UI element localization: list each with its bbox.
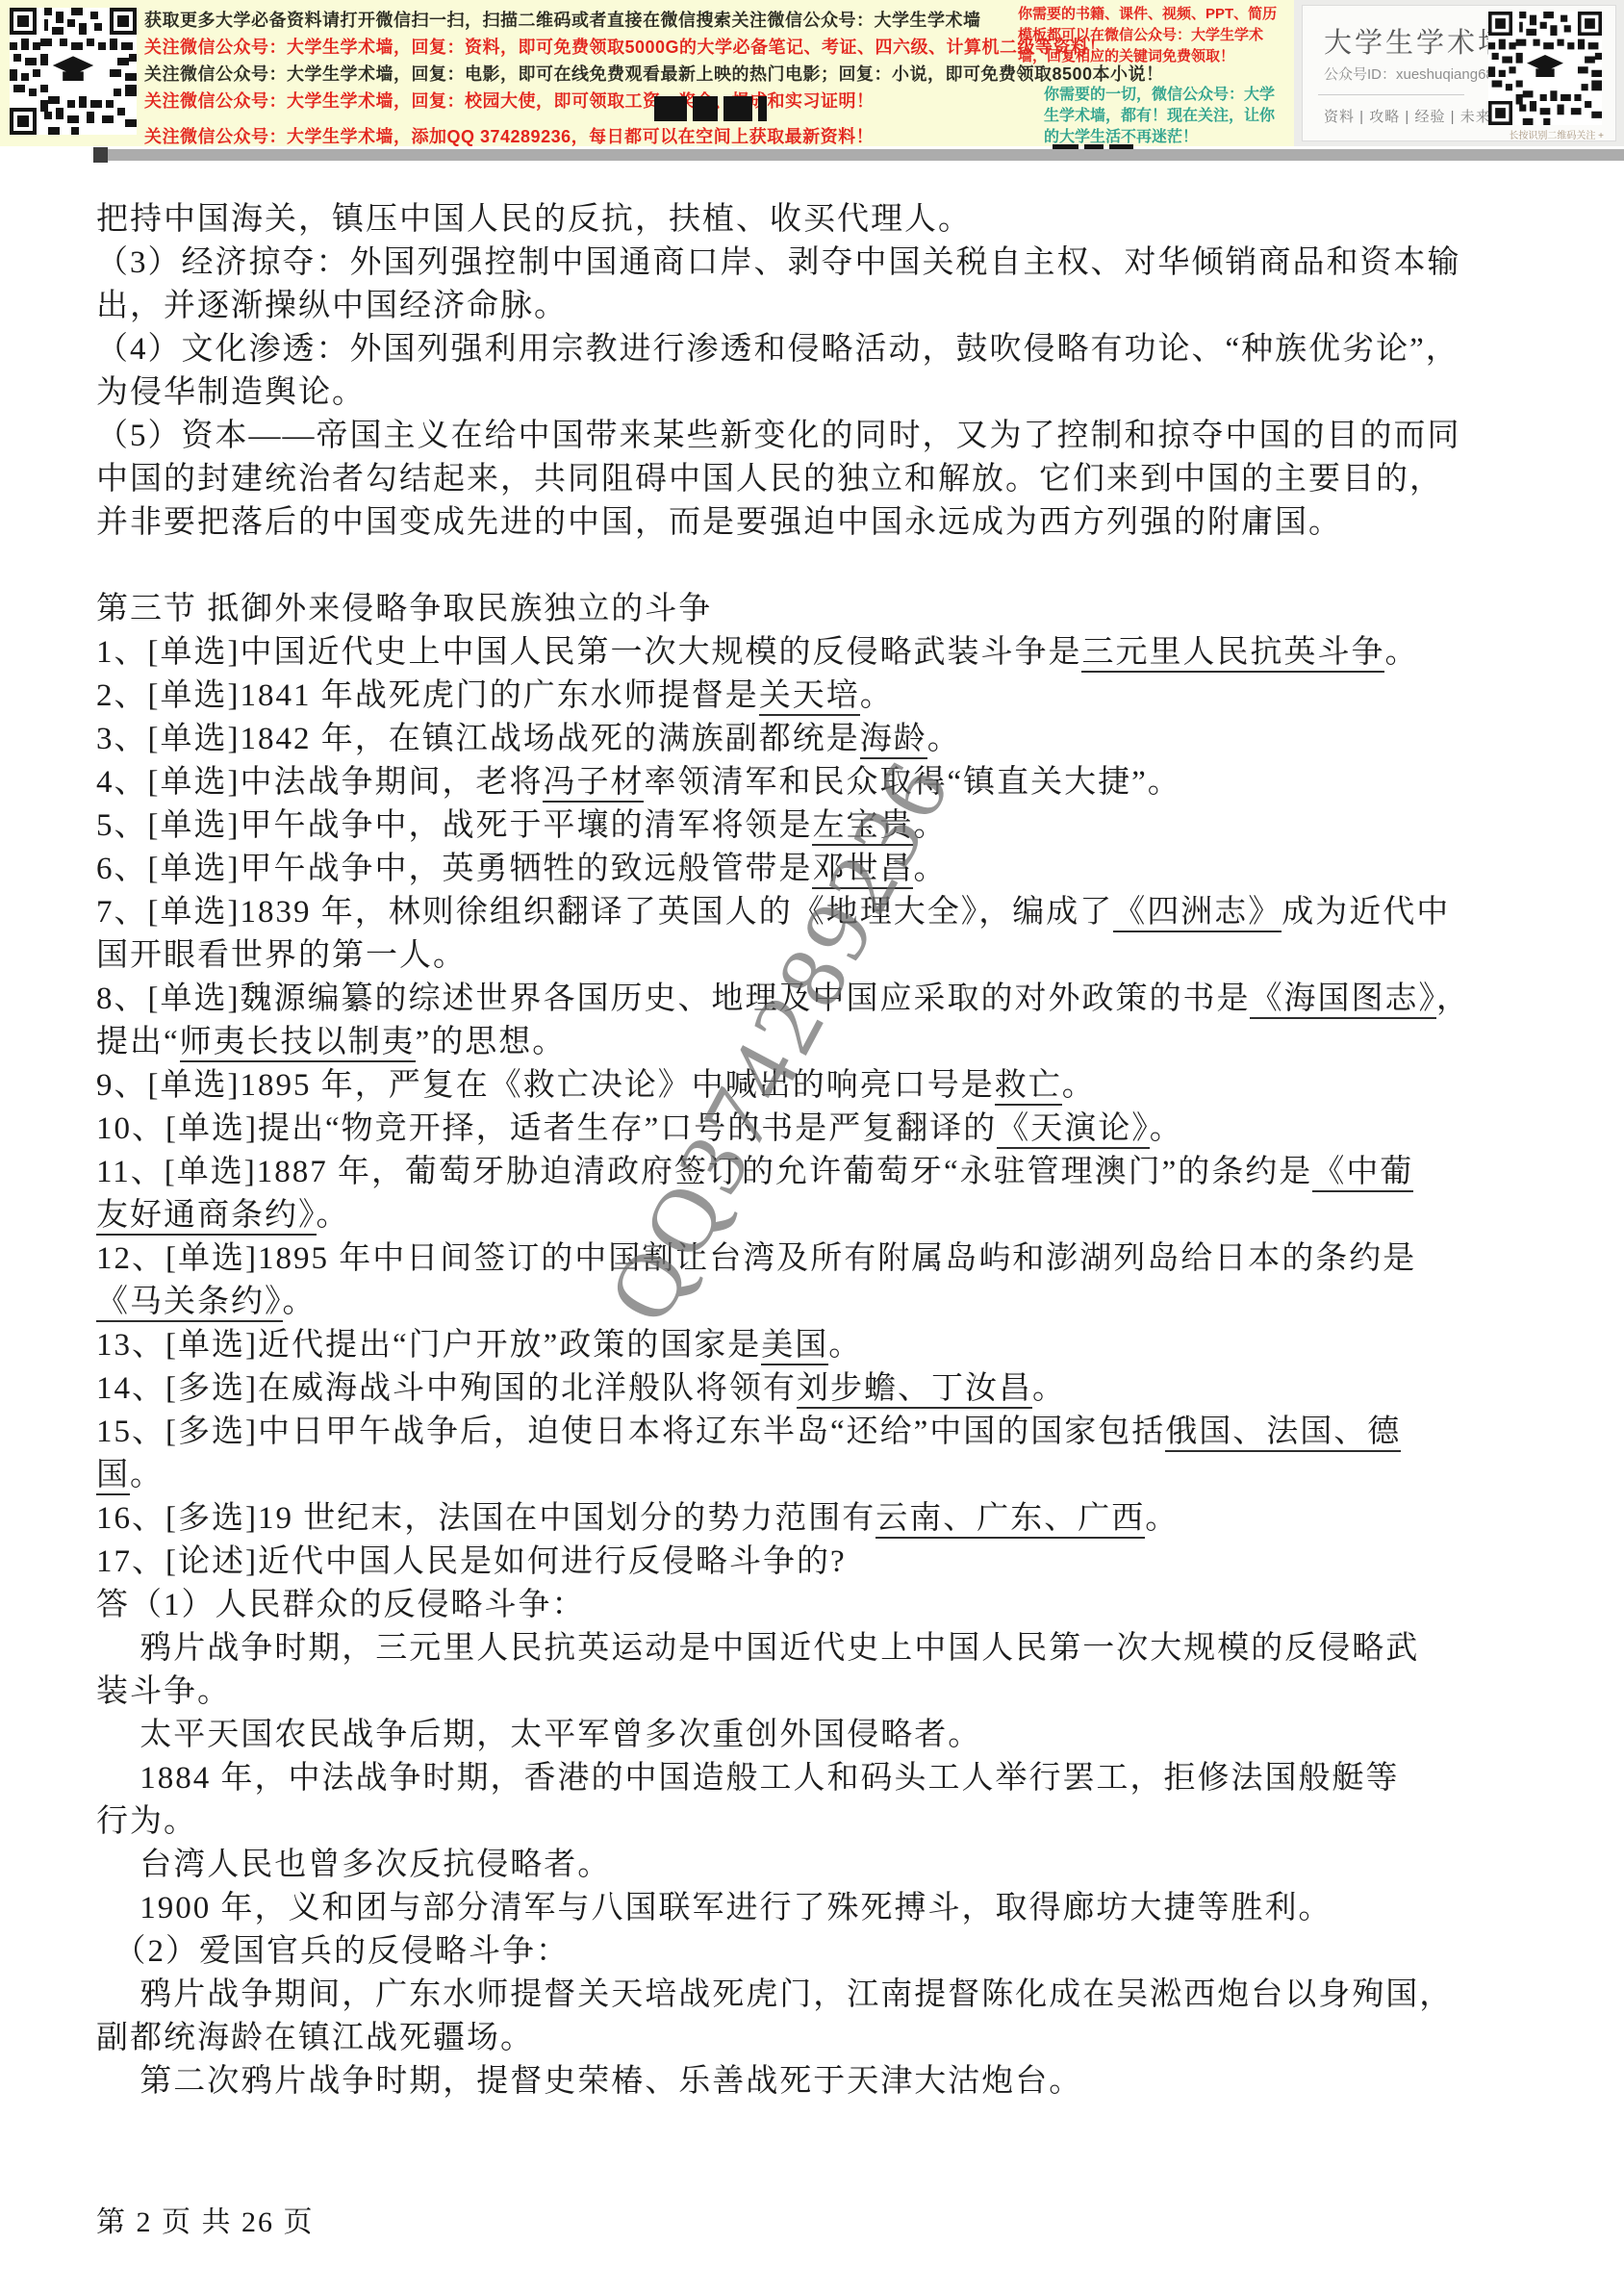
doc-text: 。 <box>913 852 947 886</box>
doc-text: 5、[单选]甲午战争中，战死于平壤的清军将领是 <box>96 808 812 843</box>
doc-text: ”的思想。 <box>416 1025 567 1059</box>
doc-text: 8、[单选]魏源编纂的综述世界各国历史、地理及中国应采取的对外政策的书是 <box>96 982 1250 1016</box>
wechat-qr-code-icon <box>10 8 137 135</box>
doc-line: 行为。 <box>96 1800 1539 1844</box>
doc-line: 2、[单选]1841 年战死虎门的广东水师提督是关天培。 <box>96 675 1539 718</box>
doc-text: 14、[多选]在威海战斗中殉国的北洋般队将领有 <box>96 1371 797 1406</box>
doc-text: 1、[单选]中国近代史上中国人民第一次大规模的反侵略武装斗争是 <box>96 635 1081 670</box>
banner-line: 关注微信公众号：大学生学术墙，回复：资料，即可免费领取5000G的大学必备笔记、… <box>144 34 1053 61</box>
doc-line: 9、[单选]1895 年，严复在《救亡决论》中喊出的响亮口号是救亡。 <box>96 1064 1539 1108</box>
banner-line: 关注微信公众号：大学生学术墙，回复：电影，即可在线免费观看最新上映的热门电影；回… <box>144 61 1053 88</box>
underlined-answer: 《马关条约》 <box>96 1285 283 1322</box>
doc-text: 。 <box>317 1198 350 1233</box>
doc-line: 14、[多选]在威海战斗中殉国的北洋般队将领有刘步蟾、丁汝昌。 <box>96 1367 1539 1411</box>
doc-line: 台湾人民也曾多次反抗侵略者。 <box>96 1844 1539 1887</box>
doc-text: 7、[单选]1839 年，林则徐组织翻译了英国人的《地理大全》，编成了 <box>96 895 1113 930</box>
doc-text: 。 <box>1384 635 1418 670</box>
doc-text: 鸦片战争时期，三元里人民抗英运动是中国近代史上中国人民第一次大规模的反侵略武 <box>96 1631 1419 1666</box>
doc-text: 4、[单选]中法战争期间，老将 <box>96 765 543 800</box>
doc-line: 并非要把落后的中国变成先进的中国，而是要强迫中国永远成为西方列强的附庸国。 <box>96 501 1539 545</box>
doc-text: 2、[单选]1841 年战死虎门的广东水师提督是 <box>96 678 759 713</box>
doc-text: 17、[论述]近代中国人民是如何进行反侵略斗争的? <box>96 1544 847 1579</box>
doc-line: 15、[多选]中日甲午战争后，迫使日本将辽东半岛“还给”中国的国家包括俄国、法国… <box>96 1411 1539 1454</box>
doc-line: 8、[单选]魏源编纂的综述世界各国历史、地理及中国应采取的对外政策的书是《海国图… <box>96 978 1539 1021</box>
underlined-answer: 刘步蟾、丁汝昌 <box>797 1371 1032 1409</box>
card-account-id: 公众号ID：xueshuqiang6888 <box>1324 64 1510 84</box>
doc-line: 第三节 抵御外来侵略争取民族独立的斗争 <box>96 588 1539 631</box>
doc-text: 。 <box>283 1285 317 1319</box>
doc-line: 17、[论述]近代中国人民是如何进行反侵略斗争的? <box>96 1541 1539 1584</box>
doc-text: 1884 年，中法战争时期，香港的中国造般工人和码头工人举行罢工，拒修法国般艇等 <box>96 1761 1400 1796</box>
doc-text: 15、[多选]中日甲午战争后，迫使日本将辽东半岛“还给”中国的国家包括 <box>96 1415 1165 1449</box>
doc-line: 中国的封建统治者勾结起来，共同阻碍中国人民的独立和解放。它们来到中国的主要目的， <box>96 458 1539 501</box>
doc-line: 把持中国海关，镇压中国人民的反抗，扶植、收买代理人。 <box>96 198 1539 242</box>
doc-line: 装斗争。 <box>96 1670 1539 1714</box>
doc-line: 答（1）人民群众的反侵略斗争： <box>96 1584 1539 1627</box>
doc-line: 太平天国农民战争后期，太平军曾多次重创外国侵略者。 <box>96 1714 1539 1757</box>
account-card: 大学生学术墙 公众号ID：xueshuqiang6888 资料 | 攻略 | 经… <box>1302 5 1616 141</box>
underlined-answer: 美国 <box>761 1328 828 1365</box>
doc-text: 13、[单选]近代提出“门户开放”政策的国家是 <box>96 1328 761 1363</box>
doc-text: 16、[多选]19 世纪末，法国在中国划分的势力范围有 <box>96 1501 875 1536</box>
doc-text: （5）资本——帝国主义在给中国带来某些新变化的同时，又为了控制和掠夺中国的目的而… <box>96 419 1461 453</box>
doc-text: 第二次鸦片战争时期，提督史荣椿、乐善战死于天津大沽炮台。 <box>96 2064 1082 2099</box>
doc-line: 16、[多选]19 世纪末，法国在中国划分的势力范围有云南、广东、广西。 <box>96 1497 1539 1541</box>
doc-text: 。 <box>860 678 894 713</box>
card-divider <box>1318 94 1464 95</box>
doc-line: 国。 <box>96 1454 1539 1497</box>
doc-line: 5、[单选]甲午战争中，战死于平壤的清军将领是左宝贵。 <box>96 804 1539 848</box>
doc-text: 为侵华制造舆论。 <box>96 375 366 410</box>
doc-text: 成为近代中 <box>1281 895 1450 930</box>
doc-line: （4）文化渗透：外国列强利用宗教进行渗透和侵略活动，鼓吹侵略有功论、“种族优劣论… <box>96 328 1539 371</box>
banner-line: 获取更多大学必备资料请打开微信扫一扫，扫描二维码或者直接在微信搜索关注微信公众号… <box>144 7 1053 34</box>
doc-text: 11、[单选]1887 年，葡萄牙胁迫清政府签订的允许葡萄牙“永驻管理澳门”的条… <box>96 1155 1312 1189</box>
doc-line: 为侵华制造舆论。 <box>96 371 1539 415</box>
doc-line: 《马关条约》。 <box>96 1281 1539 1324</box>
underlined-answer: 邓世昌 <box>812 852 913 889</box>
underlined-answer: 救亡 <box>995 1068 1062 1106</box>
side-note-red: 你需要的书籍、课件、视频、PPT、简历模板都可以在微信公众号：大学生学术墙，回复… <box>1018 4 1285 67</box>
underlined-answer: 国 <box>96 1458 130 1495</box>
doc-text: 鸦片战争期间，广东水师提督关天培战死虎门，江南提督陈化成在吴淞西炮台以身殉国， <box>96 1977 1453 2012</box>
underlined-answer: 师夷长技以制夷 <box>180 1025 416 1062</box>
doc-text: 答（1）人民群众的反侵略斗争： <box>96 1588 586 1622</box>
account-card-section: 大学生学术墙 公众号ID：xueshuqiang6888 资料 | 攻略 | 经… <box>1294 0 1624 146</box>
underlined-answer: 《海国图志》 <box>1250 982 1436 1019</box>
doc-text: 出，并逐渐操纵中国经济命脉。 <box>96 289 568 323</box>
doc-text: 。 <box>1062 1068 1096 1103</box>
divider-bar <box>108 149 1624 161</box>
doc-text: 太平天国农民战争后期，太平军曾多次重创外国侵略者。 <box>96 1718 981 1752</box>
ad-banner: 获取更多大学必备资料请打开微信扫一扫，扫描二维码或者直接在微信搜索关注微信公众号… <box>0 0 1294 146</box>
doc-text: 率领清军和民众取得“镇直关大捷”。 <box>644 765 1180 800</box>
doc-line: 1900 年，义和团与部分清军与八国联军进行了殊死搏斗，取得廊坊大捷等胜利。 <box>96 1887 1539 1930</box>
card-qr-caption: 长按识别二维码关注 + <box>1509 127 1604 141</box>
divider-bar-cap <box>93 147 108 163</box>
doc-text: 。 <box>1145 1501 1179 1536</box>
underlined-answer: 《四洲志》 <box>1113 895 1281 932</box>
underlined-answer: 《中葡 <box>1312 1155 1413 1192</box>
doc-text: 并非要把落后的中国变成先进的中国，而是要强迫中国永远成为西方列强的附庸国。 <box>96 505 1342 540</box>
doc-line: 12、[单选]1895 年中日间签订的中国割让台湾及所有附属岛屿和澎湖列岛给日本… <box>96 1237 1539 1281</box>
doc-text: 中国的封建统治者勾结起来，共同阻碍中国人民的独立和解放。它们来到中国的主要目的， <box>96 462 1443 497</box>
doc-text: （4）文化渗透：外国列强利用宗教进行渗透和侵略活动，鼓吹侵略有功论、“种族优劣论… <box>96 332 1459 367</box>
doc-text: 。 <box>1032 1371 1066 1406</box>
doc-line: （2）爱国官兵的反侵略斗争： <box>96 1930 1539 1974</box>
doc-text: 台湾人民也曾多次反抗侵略者。 <box>96 1848 611 1882</box>
doc-line: 第二次鸦片战争时期，提督史荣椿、乐善战死于天津大沽炮台。 <box>96 2060 1539 2104</box>
doc-text: 。 <box>130 1458 164 1492</box>
doc-text: 1900 年，义和团与部分清军与八国联军进行了殊死搏斗，取得廊坊大捷等胜利。 <box>96 1891 1332 1925</box>
doc-line: 1884 年，中法战争时期，香港的中国造般工人和码头工人举行罢工，拒修法国般艇等 <box>96 1757 1539 1800</box>
doc-text: 第三节 抵御外来侵略争取民族独立的斗争 <box>96 592 712 626</box>
doc-text: 10、[单选]提出“物竞开择，适者生存”口号的书是严复翻译的 <box>96 1111 997 1146</box>
banner-line: 关注微信公众号：大学生学术墙，回复：校园大使，即可领取工资、奖金、提成和实习证明… <box>144 88 1053 115</box>
doc-text: 6、[单选]甲午战争中，英勇牺牲的致远般管带是 <box>96 852 812 886</box>
doc-text: 副都统海龄在镇江战死疆场。 <box>96 2021 534 2055</box>
doc-text: 。 <box>927 722 961 756</box>
doc-line: 国开眼看世界的第一人。 <box>96 934 1539 978</box>
doc-line: 鸦片战争时期，三元里人民抗英运动是中国近代史上中国人民第一次大规模的反侵略武 <box>96 1627 1539 1670</box>
doc-line: 1、[单选]中国近代史上中国人民第一次大规模的反侵略武装斗争是三元里人民抗英斗争… <box>96 631 1539 675</box>
underlined-answer: 友好通商条约》 <box>96 1198 317 1236</box>
doc-line: 鸦片战争期间，广东水师提督关天培战死虎门，江南提督陈化成在吴淞西炮台以身殉国， <box>96 1974 1539 2017</box>
underlined-answer: 左宝贵 <box>812 808 913 846</box>
doc-line: 4、[单选]中法战争期间，老将冯子材率领清军和民众取得“镇直关大捷”。 <box>96 761 1539 804</box>
cropped-logo-artifact <box>654 96 767 121</box>
side-note-teal: 你需要的一切，微信公众号：大学生学术墙，都有！现在关注，让你的大学生活不再迷茫！ <box>1044 85 1286 148</box>
underlined-answer: 海龄 <box>860 722 927 759</box>
doc-line: 友好通商条约》。 <box>96 1194 1539 1237</box>
doc-line: （5）资本——帝国主义在给中国带来某些新变化的同时，又为了控制和掠夺中国的目的而… <box>96 415 1539 458</box>
document-body: 把持中国海关，镇压中国人民的反抗，扶植、收买代理人。（3）经济掠夺：外国列强控制… <box>96 198 1539 2104</box>
doc-line: 提出“师夷长技以制夷”的思想。 <box>96 1021 1539 1064</box>
doc-text: ， <box>1436 982 1470 1016</box>
doc-text: 9、[单选]1895 年，严复在《救亡决论》中喊出的响亮口号是 <box>96 1068 995 1103</box>
underlined-answer: 关天培 <box>759 678 860 716</box>
underlined-answer: 《天演论》 <box>997 1111 1150 1149</box>
doc-line: （3）经济掠夺：外国列强控制中国通商口岸、剥夺中国关税自主权、对华倾销商品和资本… <box>96 242 1539 285</box>
doc-text: 。 <box>913 808 947 843</box>
card-title: 大学生学术墙 <box>1324 21 1509 61</box>
card-qr-code-icon <box>1488 12 1602 125</box>
underlined-answer: 三元里人民抗英斗争 <box>1081 635 1384 673</box>
doc-line: 6、[单选]甲午战争中，英勇牺牲的致远般管带是邓世昌。 <box>96 848 1539 891</box>
banner-line: 关注微信公众号：大学生学术墙，添加QQ 374289236，每日都可以在空间上获… <box>144 123 1053 150</box>
underlined-answer: 俄国、法国、德 <box>1165 1415 1401 1452</box>
page-root: { "page": { "footer_text": "第 2 页 共 26 页… <box>0 0 1624 2295</box>
doc-text: 。 <box>1150 1111 1183 1146</box>
doc-text: 提出“ <box>96 1025 180 1059</box>
doc-text: 3、[单选]1842 年，在镇江战场战死的满族副都统是 <box>96 722 860 756</box>
doc-line: 10、[单选]提出“物竞开择，适者生存”口号的书是严复翻译的《天演论》。 <box>96 1108 1539 1151</box>
doc-text: 国开眼看世界的第一人。 <box>96 938 467 973</box>
card-tags: 资料 | 攻略 | 经验 | 未来 <box>1324 106 1491 126</box>
doc-line: 副都统海龄在镇江战死疆场。 <box>96 2017 1539 2060</box>
doc-text: 。 <box>828 1328 862 1363</box>
doc-text: 把持中国海关，镇压中国人民的反抗，扶植、收买代理人。 <box>96 202 972 237</box>
doc-line: 7、[单选]1839 年，林则徐组织翻译了英国人的《地理大全》，编成了《四洲志》… <box>96 891 1539 934</box>
doc-text: 行为。 <box>96 1804 197 1839</box>
page-footer: 第 2 页 共 26 页 <box>96 2198 315 2240</box>
doc-line: 3、[单选]1842 年，在镇江战场战死的满族副都统是海龄。 <box>96 718 1539 761</box>
doc-text: 装斗争。 <box>96 1674 231 1709</box>
underlined-answer: 云南、广东、广西 <box>875 1501 1145 1539</box>
doc-text: 12、[单选]1895 年中日间签订的中国割让台湾及所有附属岛屿和澎湖列岛给日本… <box>96 1241 1416 1276</box>
doc-line: 11、[单选]1887 年，葡萄牙胁迫清政府签订的允许葡萄牙“永驻管理澳门”的条… <box>96 1151 1539 1194</box>
doc-text: （2）爱国官兵的反侵略斗争： <box>96 1934 570 1969</box>
doc-line: 13、[单选]近代提出“门户开放”政策的国家是美国。 <box>96 1324 1539 1367</box>
underlined-answer: 冯子材 <box>543 765 644 803</box>
doc-line: 出，并逐渐操纵中国经济命脉。 <box>96 285 1539 328</box>
doc-text: （3）经济掠夺：外国列强控制中国通商口岸、剥夺中国关税自主权、对华倾销商品和资本… <box>96 245 1461 280</box>
banner-lines: 获取更多大学必备资料请打开微信扫一扫，扫描二维码或者直接在微信搜索关注微信公众号… <box>144 7 1053 150</box>
doc-line <box>96 545 1539 588</box>
